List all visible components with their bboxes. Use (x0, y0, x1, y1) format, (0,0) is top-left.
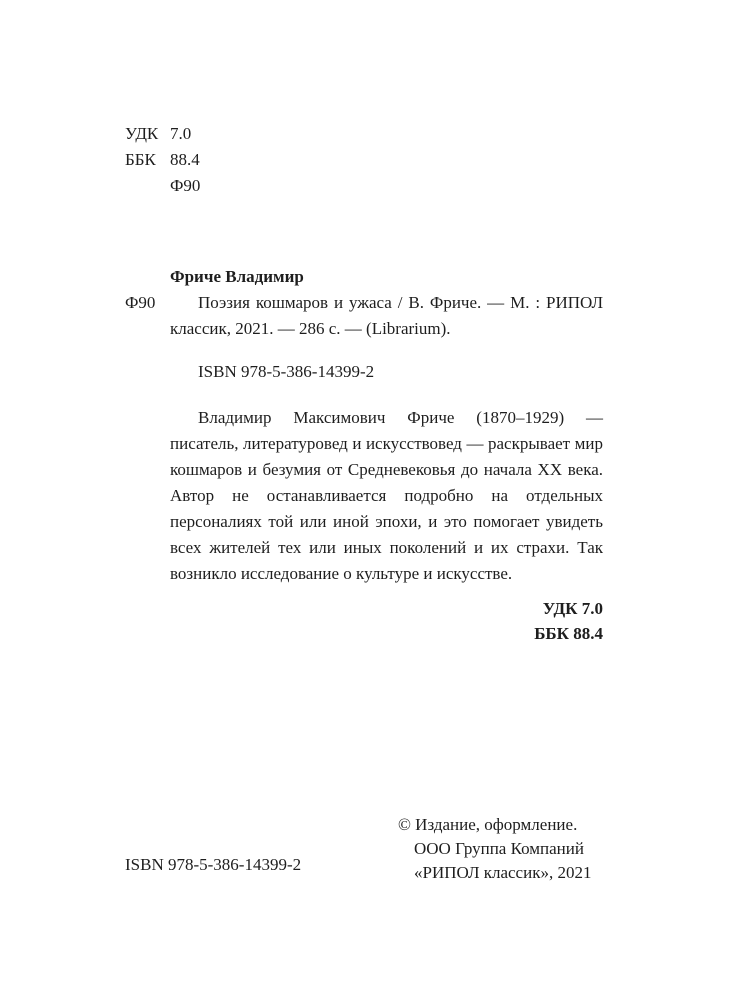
copyright-line-3: «РИПОЛ классик», 2021 (414, 864, 591, 881)
bbk-bottom: ББК 88.4 (534, 625, 603, 642)
isbn-entry: ISBN 978-5-386-14399-2 (198, 363, 374, 380)
bibliographic-description-line2: классик, 2021. — 286 с. — (Librarium). (170, 320, 451, 337)
udk-value: 7.0 (170, 125, 191, 142)
author-mark-top: Ф90 (170, 177, 200, 194)
bbk-label: ББК (125, 151, 156, 168)
bbk-value: 88.4 (170, 151, 200, 168)
annotation-paragraph: Владимир Максимович Фриче (1870–1929) — … (170, 405, 603, 587)
copyright-line-1: © Издание, оформление. (398, 816, 577, 833)
author-mark-entry: Ф90 (125, 294, 155, 311)
isbn-footer: ISBN 978-5-386-14399-2 (125, 856, 301, 873)
udk-bottom: УДК 7.0 (543, 600, 603, 617)
udk-label: УДК (125, 125, 158, 142)
copyright-line-2: ООО Группа Компаний (414, 840, 584, 857)
author-heading: Фриче Владимир (170, 268, 304, 285)
bibliographic-description-line1: Поэзия кошмаров и ужаса / В. Фриче. — М.… (198, 294, 603, 311)
